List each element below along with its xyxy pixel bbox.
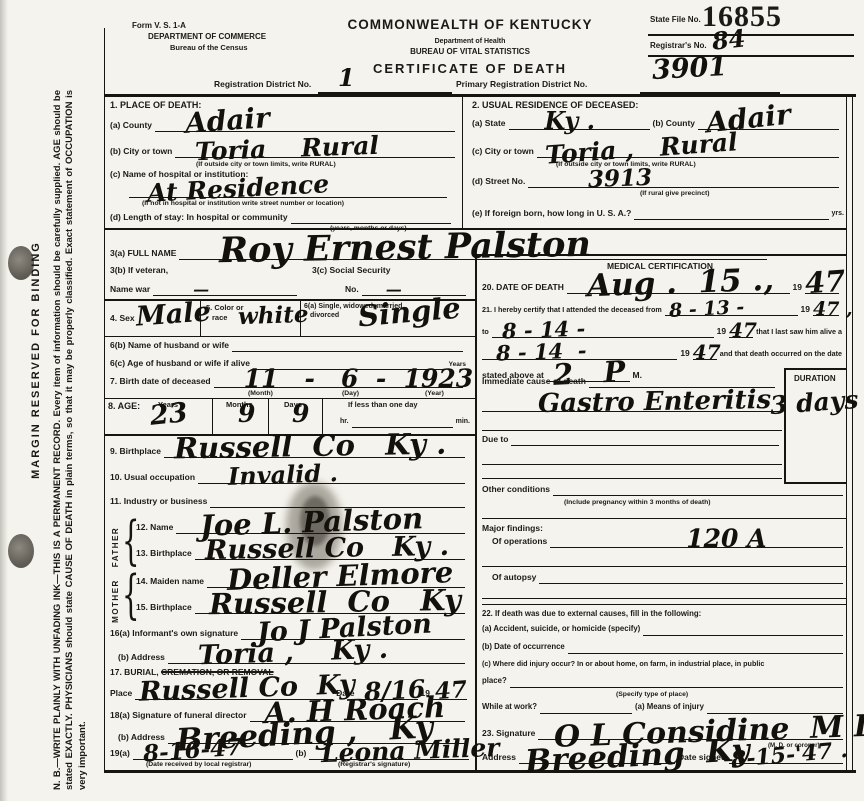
external-a-line bbox=[643, 622, 843, 636]
residence-foreign-label: (e) If foreign born, how long in U. S. A… bbox=[472, 209, 631, 220]
duration-box: DURATION 3 days bbox=[784, 368, 846, 484]
rule bbox=[104, 28, 105, 772]
birth-day-caption: (Day) bbox=[342, 390, 359, 397]
operations-value: 120 A bbox=[686, 528, 766, 549]
cause-label: Immediate cause of death bbox=[482, 377, 586, 388]
duration-label: DURATION bbox=[794, 375, 836, 386]
age-hr-row: hr. min. bbox=[340, 414, 470, 428]
external-c2-label: place? bbox=[482, 677, 507, 688]
date-of-death-line: Aug . 15 ., bbox=[567, 272, 790, 294]
header-center: COMMONWEALTH OF KENTUCKY Department of H… bbox=[320, 18, 620, 79]
date-signed-value: 8-15-'47 . bbox=[731, 741, 849, 770]
spouse-name-row: 6(b) Name of husband or wife bbox=[110, 338, 466, 352]
registrar-signature-line: Leona Miller bbox=[309, 746, 469, 760]
full-name-value: Roy Ernest Palston bbox=[219, 230, 591, 266]
primary-district-label: Primary Registration District No. bbox=[456, 80, 587, 91]
race-label2: race bbox=[212, 314, 227, 324]
primary-district-value: 3901 bbox=[651, 56, 727, 83]
external-c-note: (Specify type of place) bbox=[616, 691, 688, 698]
mother-birthplace-label: 15. Birthplace bbox=[136, 603, 192, 614]
residence-street-note: (If rural give precinct) bbox=[640, 190, 710, 197]
residence-street-value: 3913 bbox=[588, 168, 653, 190]
alive-year-value: 47 bbox=[693, 344, 721, 361]
birth-date-label: 7. Birth date of deceased bbox=[110, 377, 211, 388]
other-conditions-note: (Include pregnancy within 3 months of de… bbox=[564, 499, 711, 506]
external-a-row: (a) Accident, suicide, or homicide (spec… bbox=[482, 622, 846, 636]
residence-city-label: (c) City or town bbox=[472, 147, 534, 158]
spouse-age-label: 6(c) Age of husband or wife if alive bbox=[110, 359, 250, 370]
bureau-vital-statistics: BUREAU OF VITAL STATISTICS bbox=[320, 48, 620, 59]
received-label: 19(a) bbox=[110, 749, 130, 760]
occupation-line: Invalid . bbox=[198, 466, 465, 484]
autopsy-label: Of autopsy bbox=[492, 573, 536, 584]
age-years-value: 23 bbox=[149, 402, 189, 429]
marital-value: Single bbox=[357, 296, 462, 330]
veteran-line: — bbox=[153, 282, 297, 296]
full-name-label: 3(a) FULL NAME bbox=[110, 249, 176, 260]
race-value: white bbox=[238, 305, 309, 327]
residence-state-row: (a) State Ky . (b) County Adair bbox=[472, 112, 842, 130]
informant-address-value: Toria , Ky . bbox=[198, 639, 389, 669]
external-c2-line bbox=[510, 674, 843, 688]
from-year-prefix: 19 bbox=[801, 305, 810, 316]
rule bbox=[462, 94, 463, 228]
place-city-line: Toria Rural bbox=[175, 140, 455, 158]
spouse-name-label: 6(b) Name of husband or wife bbox=[110, 341, 229, 352]
certify-occurred-label: and that death occurred on the date bbox=[720, 350, 842, 360]
residence-street-line: 3913 bbox=[528, 170, 839, 188]
rule bbox=[482, 604, 846, 605]
spouse-name-line bbox=[232, 338, 463, 352]
to-year-prefix: 19 bbox=[717, 327, 726, 338]
at-work-label: While at work? bbox=[482, 703, 537, 714]
due-to-line bbox=[511, 432, 779, 446]
certify-from-line: 8 - 13 - bbox=[665, 300, 798, 316]
birth-date-value: 11 - 6 - 1923 bbox=[244, 368, 474, 389]
rule bbox=[268, 398, 269, 434]
binding-margin-note: MARGIN RESERVED FOR BINDING bbox=[30, 160, 50, 560]
informant-address-row: (b) Address Toria , Ky . bbox=[118, 648, 468, 664]
external-c2-row: place? bbox=[482, 674, 846, 688]
external-b-label: (b) Date of occurrence bbox=[482, 643, 565, 654]
dod-year-line: 47 bbox=[805, 272, 839, 294]
rule bbox=[482, 464, 782, 465]
birth-date-line: 11 - 6 - 1923 bbox=[214, 372, 463, 388]
place-city-note: (If outside city or town limits, write R… bbox=[196, 161, 336, 168]
rule bbox=[482, 518, 846, 519]
registrar-number-value: 84 bbox=[711, 28, 746, 52]
rule bbox=[212, 398, 213, 434]
age-label: 8. AGE: bbox=[108, 402, 140, 414]
ssn-label2: No. bbox=[345, 285, 359, 296]
father-birthplace-label: 13. Birthplace bbox=[136, 549, 192, 560]
external-b-row: (b) Date of occurrence bbox=[482, 640, 846, 654]
external-c-label: (c) Where did injury occur? In or about … bbox=[482, 660, 764, 670]
age-less-label: If less than one day bbox=[348, 401, 418, 411]
rule bbox=[482, 478, 782, 479]
place-stay-line bbox=[291, 208, 451, 224]
received-caption: (Date received by local registrar) bbox=[146, 761, 251, 768]
occupation-row: 10. Usual occupation Invalid . bbox=[110, 466, 468, 484]
rule bbox=[482, 566, 846, 567]
veteran-value: — bbox=[193, 283, 209, 297]
from-year-line: 47 , bbox=[813, 300, 839, 316]
certify-to-line: 8 - 14 - bbox=[492, 322, 714, 338]
rule bbox=[852, 94, 853, 772]
cause-value: Gastro Enteritis bbox=[538, 389, 772, 415]
informant-address-line: Toria , Ky . bbox=[168, 648, 465, 664]
place-city-row: (b) City or town Toria Rural bbox=[110, 140, 458, 158]
due-to-label: Due to bbox=[482, 435, 508, 446]
birthplace-row: 9. Birthplace Russell Co Ky . bbox=[110, 438, 468, 458]
to-year-value: 47 bbox=[729, 322, 757, 339]
age-days-value: 9 bbox=[292, 403, 309, 424]
place-county-row: (a) County Adair bbox=[110, 114, 458, 132]
industry-label: 11. Industry or business bbox=[110, 497, 207, 508]
age-months-value: 9 bbox=[238, 403, 255, 424]
birth-month-caption: (Month) bbox=[248, 390, 273, 397]
certify-alive-label: that I last saw him alive a bbox=[756, 328, 842, 338]
informant-label: 16(a) Informant's own signature bbox=[110, 629, 238, 640]
registrar-signature-value: Leona Miller bbox=[321, 737, 500, 764]
death-certificate-scan: MARGIN RESERVED FOR BINDING N. B.—WRITE … bbox=[0, 0, 864, 801]
birthplace-line: Russell Co Ky . bbox=[164, 438, 465, 458]
rule bbox=[475, 254, 477, 770]
external-b-line bbox=[568, 640, 843, 654]
duration-value: 3 days bbox=[769, 389, 859, 416]
scan-edge-shadow bbox=[0, 0, 8, 801]
means-of-injury-label: (a) Means of injury bbox=[635, 703, 704, 714]
rule bbox=[482, 430, 782, 431]
due-to-row: Due to bbox=[482, 432, 782, 446]
place-hospital-line: At Residence bbox=[129, 180, 447, 198]
certify-alive-row: 8 - 14 - 19 47 and that death occurred o… bbox=[482, 344, 842, 360]
cause-value-row: Gastro Enteritis bbox=[482, 396, 782, 412]
registration-district-value: 1 bbox=[338, 68, 355, 88]
registrar-number-label: Registrar's No. bbox=[650, 42, 707, 53]
registrar-caption: (Registrar's signature) bbox=[338, 761, 410, 768]
to-year-line: 47 bbox=[729, 322, 753, 338]
certify-from-label: 21. I hereby certify that I attended the… bbox=[482, 306, 662, 316]
residence-foreign-line bbox=[634, 204, 828, 220]
sex-value: Male bbox=[135, 301, 211, 329]
alive-year-prefix: 19 bbox=[680, 349, 689, 360]
date-of-death-row: 20. DATE OF DEATH Aug . 15 ., 19 47 bbox=[482, 272, 842, 294]
date-of-death-value: Aug . 15 ., bbox=[586, 266, 774, 299]
place-city-label: (b) City or town bbox=[110, 147, 172, 158]
marital-label2: divorced bbox=[310, 312, 339, 322]
physician-address-value: Breeding Ky bbox=[524, 737, 750, 775]
autopsy-row: Of autopsy bbox=[492, 570, 846, 584]
dod-year-prefix: 19 bbox=[793, 283, 802, 294]
operations-row: Of operations 120 A bbox=[492, 534, 846, 548]
veteran-label2: Name war bbox=[110, 285, 150, 296]
sex-label: 4. Sex bbox=[110, 314, 135, 325]
registrar-item-label: (b) bbox=[296, 749, 307, 760]
date-signed-line: 8-15-'47 . bbox=[729, 748, 843, 764]
residence-street-row: (d) Street No. 3913 bbox=[472, 170, 842, 188]
rule bbox=[104, 336, 475, 337]
full-name-row: 3(a) FULL NAME Roy Ernest Palston bbox=[110, 234, 770, 260]
residence-state-value: Ky . bbox=[545, 111, 595, 131]
from-year-value: 47 , bbox=[813, 301, 853, 317]
birthplace-label: 9. Birthplace bbox=[110, 447, 161, 458]
registrar-receipt-row: 19(a) 8-16-47 (b) Leona Miller bbox=[110, 746, 472, 760]
other-conditions-label: Other conditions bbox=[482, 485, 550, 496]
residence-foreign-row: (e) If foreign born, how long in U. S. A… bbox=[472, 204, 844, 220]
bureau-of-census: Bureau of the Census bbox=[170, 44, 248, 54]
other-conditions-row: Other conditions bbox=[482, 482, 846, 496]
date-of-death-label: 20. DATE OF DEATH bbox=[482, 283, 564, 294]
rule bbox=[482, 598, 846, 599]
certify-to-row: to 8 - 14 - 19 47 that I last saw him al… bbox=[482, 322, 842, 338]
received-line: 8-16-47 bbox=[133, 746, 293, 760]
commonwealth-title: COMMONWEALTH OF KENTUCKY bbox=[320, 18, 620, 35]
occupation-value: Invalid . bbox=[228, 463, 339, 487]
place-county-line: Adair bbox=[155, 114, 455, 132]
residence-state-label: (a) State bbox=[472, 119, 506, 130]
residence-foreign-suffix: yrs. bbox=[832, 210, 844, 220]
operations-line: 120 A bbox=[550, 534, 843, 548]
birth-year-caption: (Year) bbox=[425, 390, 444, 397]
cause-line-2: Gastro Enteritis bbox=[482, 396, 782, 412]
place-hospital-note: (If not in hospital or institution write… bbox=[142, 200, 344, 207]
certificate-title: CERTIFICATE OF DEATH bbox=[320, 62, 620, 78]
certify-from-row: 21. I hereby certify that I attended the… bbox=[482, 300, 842, 316]
external-a-label: (a) Accident, suicide, or homicide (spec… bbox=[482, 625, 640, 636]
state-file-label: State File No. bbox=[650, 16, 701, 27]
operations-label: Of operations bbox=[492, 537, 547, 548]
physician-address-label: Address bbox=[482, 753, 516, 764]
rule bbox=[846, 94, 847, 772]
physician-address-line: Breeding Ky bbox=[519, 748, 675, 764]
place-county-value: Adair bbox=[184, 106, 270, 136]
registration-district-label: Registration District No. bbox=[214, 80, 311, 91]
other-conditions-line bbox=[553, 482, 843, 496]
residence-county-label: (b) County bbox=[653, 119, 696, 130]
at-work-line bbox=[540, 700, 632, 714]
place-stay-row: (d) Length of stay: In hospital or commu… bbox=[110, 208, 454, 224]
residence-state-line: Ky . bbox=[509, 112, 650, 130]
father-name-label: 12. Name bbox=[136, 523, 173, 534]
rule bbox=[104, 94, 856, 97]
certify-from-value: 8 - 13 - bbox=[668, 299, 744, 319]
autopsy-line bbox=[539, 570, 843, 584]
place-hospital-row: At Residence bbox=[126, 180, 450, 198]
place-county-label: (a) County bbox=[110, 121, 152, 132]
ssn-label: 3(c) Social Security bbox=[312, 266, 390, 277]
informant-address-label: (b) Address bbox=[118, 653, 165, 664]
birthplace-value: Russell Co Ky . bbox=[174, 432, 447, 461]
rule bbox=[648, 34, 854, 36]
certify-to-label: to bbox=[482, 328, 489, 338]
physician-address-row: Address Breeding Ky Date signed 8-15-'47… bbox=[482, 748, 846, 764]
residence-city-row: (c) City or town Toria , Rural bbox=[472, 140, 842, 158]
veteran-label: 3(b) If veteran, bbox=[110, 266, 168, 277]
physician-signature-label: 23. Signature bbox=[482, 729, 535, 740]
place-city-value: Toria Rural bbox=[195, 135, 380, 163]
external-causes-intro: 22. If death was due to external causes,… bbox=[482, 610, 701, 621]
burial-place-label: Place bbox=[110, 689, 132, 700]
dod-year-value: 47 bbox=[804, 269, 846, 296]
age-hr-label: hr. bbox=[340, 418, 349, 428]
residence-city-line: Toria , Rural bbox=[537, 140, 839, 158]
alive-year-line: 47 bbox=[693, 344, 717, 360]
full-name-line: Roy Ernest Palston bbox=[179, 234, 767, 260]
mother-name-label: 14. Maiden name bbox=[136, 577, 204, 588]
permanent-record-note: N. B.—WRITE PLAINLY WITH UNFADING INK—TH… bbox=[52, 90, 100, 790]
place-stay-label: (d) Length of stay: In hospital or commu… bbox=[110, 213, 288, 224]
veteran-row: Name war — bbox=[110, 282, 300, 296]
occupation-label: 10. Usual occupation bbox=[110, 473, 195, 484]
residence-street-label: (d) Street No. bbox=[472, 177, 525, 188]
birth-date-row: 7. Birth date of deceased 11 - 6 - 1923 bbox=[110, 372, 466, 388]
age-min-label: min. bbox=[456, 418, 470, 428]
residence-county-line: Adair bbox=[698, 112, 839, 130]
